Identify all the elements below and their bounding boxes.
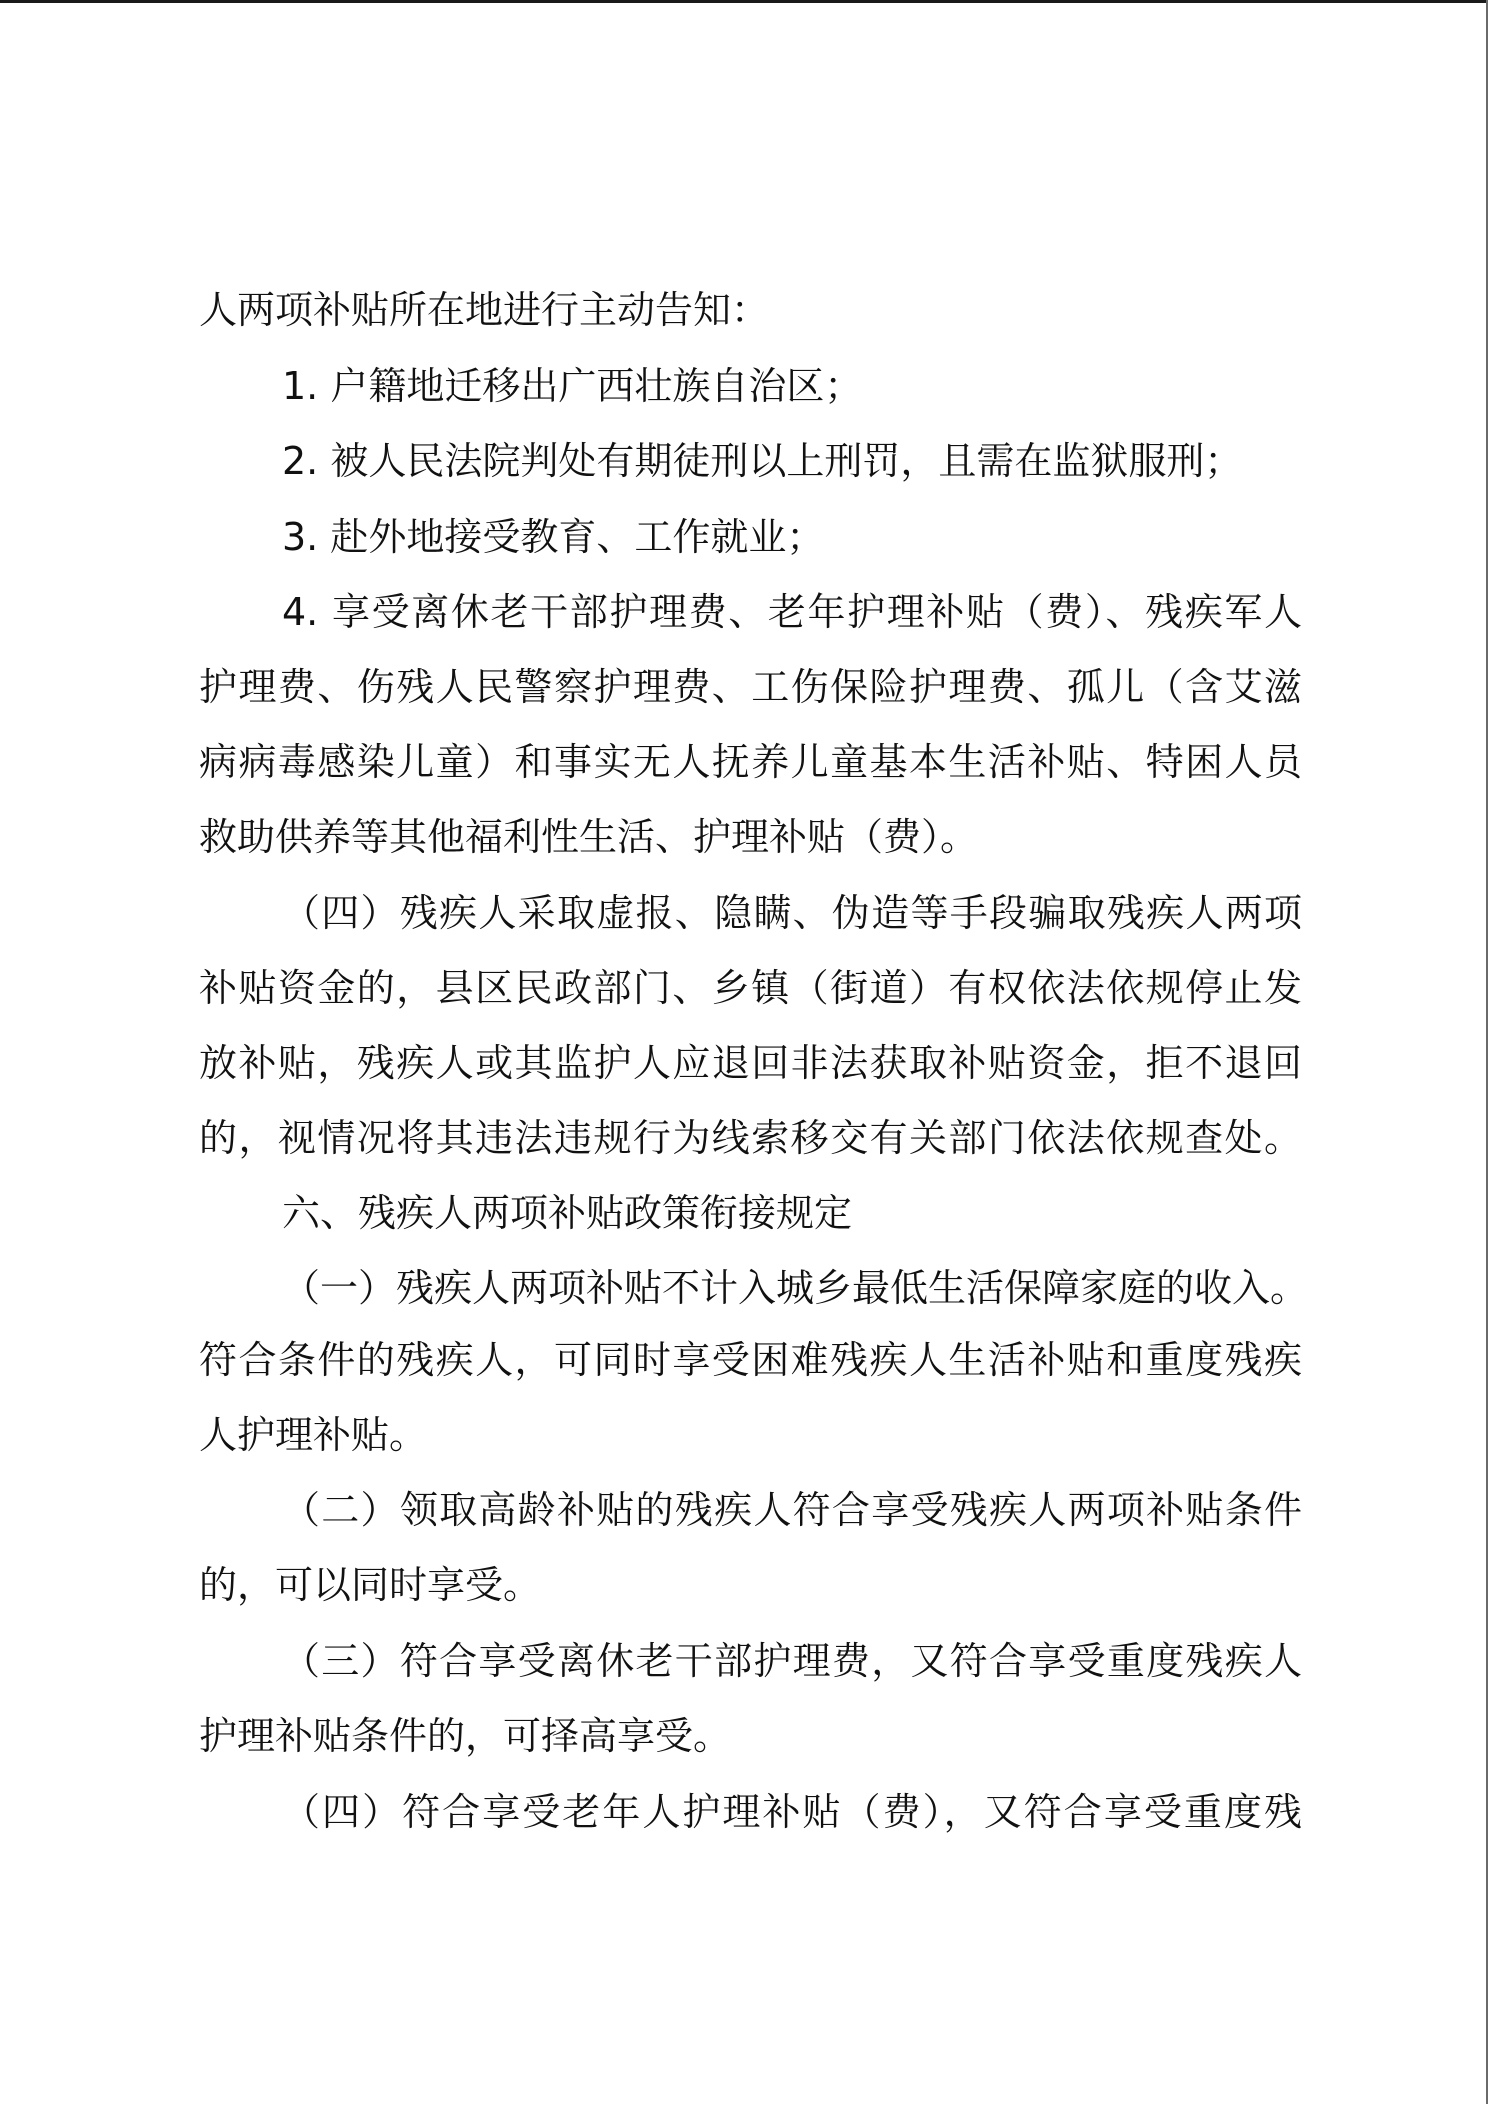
text-line: 救助供养等其他福利性生活、护理补贴（费）。 bbox=[199, 812, 978, 862]
text-line: 病病毒感染儿童）和事实无人抚养儿童基本生活补贴、特困人员 bbox=[199, 737, 1302, 787]
paragraph-item-4b: （四）符合享受老年人护理补贴（费），又符合享受重度残 bbox=[282, 1787, 1302, 1837]
text-line: 人护理补贴。 bbox=[199, 1410, 427, 1460]
list-item-2: 2. 被人民法院判处有期徒刑以上刑罚，且需在监狱服刑； bbox=[282, 436, 1242, 486]
paragraph-item-2: （二）领取高龄补贴的残疾人符合享受残疾人两项补贴条件 bbox=[282, 1485, 1302, 1535]
text-line: 符合条件的残疾人，可同时享受困难残疾人生活补贴和重度残疾 bbox=[199, 1335, 1302, 1385]
text-line: 放补贴，残疾人或其监护人应退回非法获取补贴资金，拒不退回 bbox=[199, 1038, 1302, 1088]
paragraph-item-1: （一）残疾人两项补贴不计入城乡最低生活保障家庭的收入。 bbox=[282, 1263, 1302, 1313]
text-line: 的，视情况将其违法违规行为线索移交有关部门依法依规查处。 bbox=[199, 1113, 1302, 1163]
text-line: 护理补贴条件的，可择高享受。 bbox=[199, 1711, 731, 1761]
section-heading: 六、残疾人两项补贴政策衔接规定 bbox=[282, 1188, 852, 1238]
page-top-border bbox=[0, 0, 1488, 3]
text-line: 补贴资金的，县区民政部门、乡镇（街道）有权依法依规停止发 bbox=[199, 963, 1302, 1013]
paragraph-item-3: （三）符合享受离休老干部护理费，又符合享受重度残疾人 bbox=[282, 1636, 1302, 1686]
list-item-3: 3. 赴外地接受教育、工作就业； bbox=[282, 512, 824, 562]
document-page: 人两项补贴所在地进行主动告知： 1. 户籍地迁移出广西壮族自治区； 2. 被人民… bbox=[0, 0, 1488, 2104]
list-item-1: 1. 户籍地迁移出广西壮族自治区； bbox=[282, 361, 862, 411]
text-line: 的，可以同时享受。 bbox=[199, 1560, 541, 1610]
text-line: 人两项补贴所在地进行主动告知： bbox=[199, 285, 769, 335]
text-line: 护理费、伤残人民警察护理费、工伤保险护理费、孤儿（含艾滋 bbox=[199, 662, 1302, 712]
list-item-4: 4. 享受离休老干部护理费、老年护理补贴（费）、残疾军人 bbox=[282, 587, 1302, 637]
paragraph-item-4: （四）残疾人采取虚报、隐瞒、伪造等手段骗取残疾人两项 bbox=[282, 888, 1302, 938]
